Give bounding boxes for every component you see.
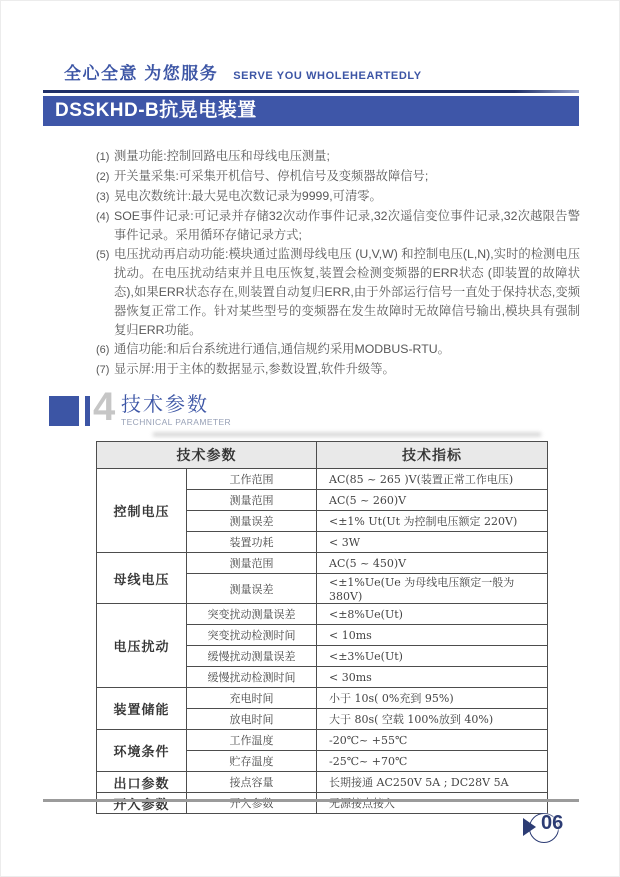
spec-group-cell: 控制电压: [97, 469, 187, 553]
spec-param-cell: 工作温度: [187, 730, 317, 751]
feature-item: (5)电压扰动再启动功能:模块通过监测母线电压 (U,V,W) 和控制电压(L,…: [96, 245, 580, 340]
spec-value-cell: < 30ms: [317, 667, 548, 688]
spec-param-cell: 测量范围: [187, 553, 317, 574]
spec-value-cell: -20℃~ +55℃: [317, 730, 548, 751]
header-slogan: 全心全意 为您服务 SERVE YOU WHOLEHEARTEDLY: [64, 59, 422, 84]
feature-item: (1)测量功能:控制回路电压和母线电压测量;: [96, 147, 580, 167]
spec-param-cell: 突变扰动测量误差: [187, 604, 317, 625]
section-square-icon: [49, 396, 79, 426]
spec-table: 技术参数 技术指标 控制电压工作范围AC(85 ~ 265 )V(装置正常工作电…: [96, 441, 548, 814]
spec-table-row: 开入参数开入参数无源接点接入: [97, 793, 548, 814]
spec-param-cell: 缓慢扰动测量误差: [187, 646, 317, 667]
spec-value-cell: 大于 80s( 空载 100%放到 40%): [317, 709, 548, 730]
feature-item: (3)晃电次数统计:最大晃电次数记录为9999,可清零。: [96, 187, 580, 207]
spec-value-cell: <±1%Ue(Ue 为母线电压额定一般为 380V): [317, 574, 548, 604]
feature-item: (6)通信功能:和后台系统进行通信,通信规约采用MODBUS-RTU。: [96, 340, 580, 360]
document-page: 全心全意 为您服务 SERVE YOU WHOLEHEARTEDLY DSSKH…: [0, 0, 620, 877]
feature-text: 晃电次数统计:最大晃电次数记录为9999,可清零。: [114, 187, 580, 207]
page-number: 06: [541, 812, 563, 835]
spec-value-cell: AC(5 ~ 260)V: [317, 490, 548, 511]
spec-param-cell: 贮存温度: [187, 751, 317, 772]
feature-number: (7): [96, 360, 114, 380]
spec-value-cell: < 10ms: [317, 625, 548, 646]
spec-group-cell: 母线电压: [97, 553, 187, 604]
spec-value-cell: <±3%Ue(Ut): [317, 646, 548, 667]
spec-value-cell: 无源接点接入: [317, 793, 548, 814]
feature-number: (5): [96, 245, 114, 340]
slogan-chinese: 全心全意 为您服务: [64, 59, 218, 84]
feature-item: (7)显示屏:用于主体的数据显示,参数设置,软件升级等。: [96, 360, 580, 380]
title-divider-line: [43, 90, 579, 93]
feature-text: 通信功能:和后台系统进行通信,通信规约采用MODBUS-RTU。: [114, 340, 580, 360]
spec-param-cell: 接点容量: [187, 772, 317, 793]
spec-value-cell: AC(85 ~ 265 )V(装置正常工作电压): [317, 469, 548, 490]
spec-value-cell: AC(5 ~ 450)V: [317, 553, 548, 574]
feature-text: 显示屏:用于主体的数据显示,参数设置,软件升级等。: [114, 360, 580, 380]
spec-table-row: 环境条件工作温度-20℃~ +55℃: [97, 730, 548, 751]
footer-divider-line: [43, 799, 579, 802]
spec-table-header-index: 技术指标: [317, 442, 548, 469]
feature-number: (4): [96, 207, 114, 245]
spec-group-cell: 电压扰动: [97, 604, 187, 688]
play-triangle-icon: [523, 818, 536, 836]
feature-number: (3): [96, 187, 114, 207]
spec-value-cell: 小于 10s( 0%充到 95%): [317, 688, 548, 709]
feature-text: SOE事件记录:可记录并存储32次动作事件记录,32次遥信变位事件记录,32次越…: [114, 207, 580, 245]
page-number-badge: 06: [527, 811, 583, 847]
spec-group-cell: 装置储能: [97, 688, 187, 730]
spec-table-row: 电压扰动突变扰动测量误差<±8%Ue(Ut): [97, 604, 548, 625]
spec-param-cell: 工作范围: [187, 469, 317, 490]
spec-value-cell: < 3W: [317, 532, 548, 553]
spec-param-cell: 测量误差: [187, 511, 317, 532]
spec-table-row: 装置储能充电时间小于 10s( 0%充到 95%): [97, 688, 548, 709]
spec-table-row: 控制电压工作范围AC(85 ~ 265 )V(装置正常工作电压): [97, 469, 548, 490]
feature-number: (2): [96, 167, 114, 187]
spec-param-cell: 充电时间: [187, 688, 317, 709]
spec-param-cell: 测量误差: [187, 574, 317, 604]
features-list: (1)测量功能:控制回路电压和母线电压测量;(2)开关量采集:可采集开机信号、停…: [96, 147, 580, 380]
spec-group-cell: 环境条件: [97, 730, 187, 772]
spec-param-cell: 缓慢扰动检测时间: [187, 667, 317, 688]
spec-param-cell: 开入参数: [187, 793, 317, 814]
spec-param-cell: 测量范围: [187, 490, 317, 511]
spec-table-header-row: 技术参数 技术指标: [97, 442, 548, 469]
feature-item: (2)开关量采集:可采集开机信号、停机信号及变频器故障信号;: [96, 167, 580, 187]
spec-table-header-parameter: 技术参数: [97, 442, 317, 469]
feature-text: 电压扰动再启动功能:模块通过监测母线电压 (U,V,W) 和控制电压(L,N),…: [114, 245, 580, 340]
product-title-bar: DSSKHD-B抗晃电装置: [43, 96, 579, 126]
section-titles: 技术参数 TECHNICAL PARAMETER: [121, 393, 231, 427]
spec-value-cell: -25℃~ +70℃: [317, 751, 548, 772]
spec-table-row: 出口参数接点容量长期接通 AC250V 5A ; DC28V 5A: [97, 772, 548, 793]
feature-text: 开关量采集:可采集开机信号、停机信号及变频器故障信号;: [114, 167, 580, 187]
section-header: 4 技术参数 TECHNICAL PARAMETER: [49, 393, 449, 437]
spec-table-row: 母线电压测量范围AC(5 ~ 450)V: [97, 553, 548, 574]
feature-text: 测量功能:控制回路电压和母线电压测量;: [114, 147, 580, 167]
feature-item: (4)SOE事件记录:可记录并存储32次动作事件记录,32次遥信变位事件记录,3…: [96, 207, 580, 245]
spec-param-cell: 突变扰动检测时间: [187, 625, 317, 646]
section-bar-icon: [85, 396, 90, 426]
spec-value-cell: <±8%Ue(Ut): [317, 604, 548, 625]
feature-number: (1): [96, 147, 114, 167]
section-number: 4: [93, 385, 115, 430]
spec-group-cell: 出口参数: [97, 772, 187, 793]
spec-param-cell: 装置功耗: [187, 532, 317, 553]
spec-value-cell: <±1% Ut(Ut 为控制电压额定 220V): [317, 511, 548, 532]
spec-param-cell: 放电时间: [187, 709, 317, 730]
table-top-shadow: [153, 433, 541, 436]
feature-number: (6): [96, 340, 114, 360]
section-title-chinese: 技术参数: [121, 393, 231, 417]
spec-group-cell: 开入参数: [97, 793, 187, 814]
spec-value-cell: 长期接通 AC250V 5A ; DC28V 5A: [317, 772, 548, 793]
slogan-english: SERVE YOU WHOLEHEARTEDLY: [233, 70, 421, 82]
section-title-english: TECHNICAL PARAMETER: [121, 417, 231, 427]
